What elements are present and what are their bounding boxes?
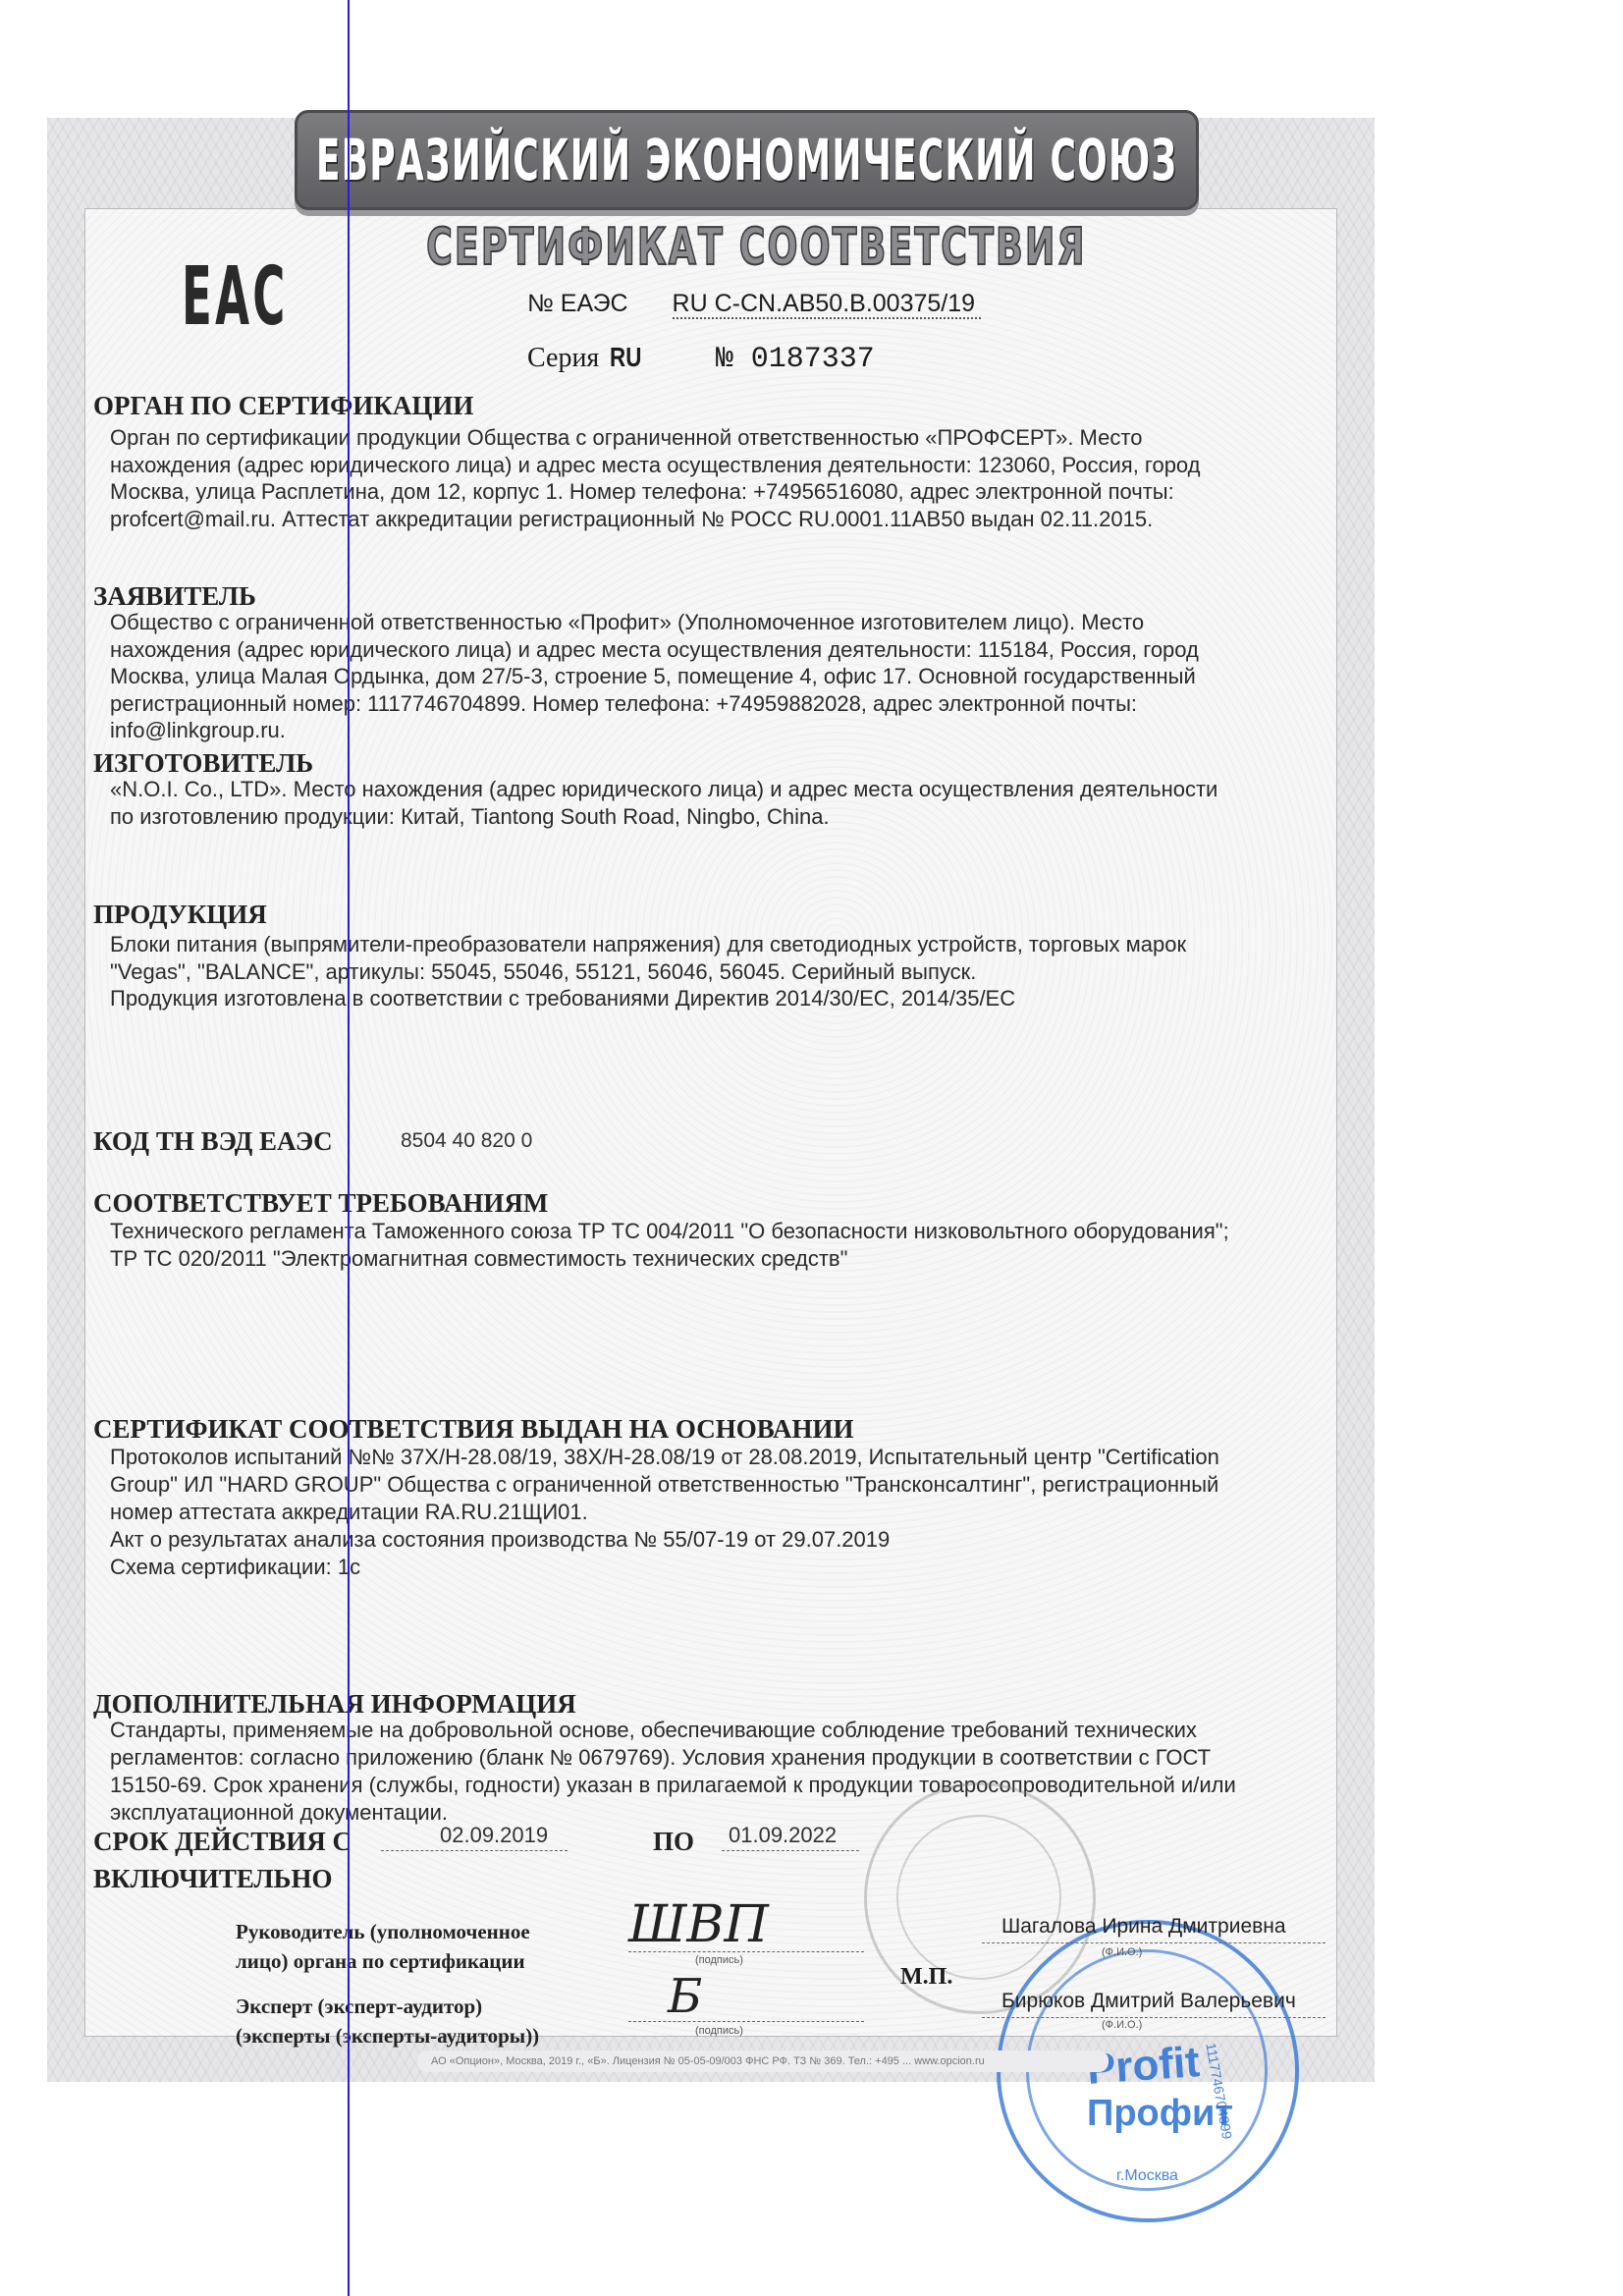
heading-applicant: ЗАЯВИТЕЛЬ (93, 581, 256, 612)
stamp-ogrn: 1117746704899 (1203, 2042, 1235, 2140)
heading-products: ПРОДУКЦИЯ (93, 900, 267, 930)
applicant-text: Общество с ограниченной ответственностью… (110, 609, 1396, 744)
heading-basis: СЕРТИФИКАТ СООТВЕТСТВИЯ ВЫДАН НА ОСНОВАН… (93, 1414, 854, 1445)
expert-name-caption: (Ф.И.О.) (1102, 2019, 1142, 2031)
certificate-number-value: RU C-CN.АВ50.В.00375/19 (673, 290, 981, 319)
validity-to-date: 01.09.2022 (729, 1823, 837, 1848)
requirements-text: Технического регламента Таможенного союз… (110, 1218, 1396, 1272)
tn-ved-code: 8504 40 820 0 (401, 1129, 532, 1153)
head-signatory-name: Шагалова Ирина Дмитриевна (1001, 1915, 1286, 1939)
seal-label: М.П. (900, 1964, 952, 1991)
expert-sign-caption: (подпись) (695, 2025, 743, 2037)
validity-to-underline (722, 1850, 859, 1851)
expert-signature: Б (668, 1969, 702, 2024)
head-name-caption: (Ф.И.О.) (1102, 1946, 1142, 1958)
stamp-brand-cyrillic: Профит (1087, 2093, 1233, 2135)
vertical-guide-line (348, 0, 350, 2296)
basis-text: Протоколов испытаний №№ 37Х/Н-28.08/19, … (110, 1444, 1396, 1581)
validity-from-date: 02.09.2019 (440, 1823, 548, 1848)
certificate-series: Серия RU № 0187337 (527, 342, 875, 376)
manufacturer-text: «N.O.I. Co., LTD». Место нахождения (адр… (110, 776, 1396, 830)
expert-signatory-label: Эксперт (эксперт-аудитор) (эксперты (экс… (236, 1992, 539, 2050)
blank-number: № 0187337 (716, 343, 875, 376)
validity-to-label: ПО (653, 1827, 694, 1857)
stamp-city: г.Москва (1116, 2167, 1178, 2185)
validity-from-label: СРОК ДЕЙСТВИЯ С (93, 1827, 352, 1857)
eaeu-banner-text: ЕВРАЗИЙСКИЙ ЭКОНОМИЧЕСКИЙ СОЮЗ (316, 127, 1177, 193)
series-value: RU (610, 342, 641, 373)
head-signatory-label: Руководитель (уполномоченное лицо) орган… (236, 1917, 530, 1976)
validity-inclusive-label: ВКЛЮЧИТЕЛЬНО (93, 1864, 333, 1894)
certificate-number: № ЕАЭС RU C-CN.АВ50.В.00375/19 (527, 290, 981, 318)
expert-name-line (982, 2017, 1325, 2018)
expert-signature-line (628, 2021, 864, 2022)
additional-info-text: Стандарты, применяемые на добровольной о… (110, 1717, 1396, 1827)
eac-mark-icon: ЕАС (182, 250, 289, 344)
eaeu-banner: ЕВРАЗИЙСКИЙ ЭКОНОМИЧЕСКИЙ СОЮЗ (295, 110, 1199, 210)
heading-requirements: СООТВЕТСТВУЕТ ТРЕБОВАНИЯМ (93, 1188, 548, 1219)
certification-body-text: Орган по сертификации продукции Общества… (110, 424, 1396, 532)
heading-additional-info: ДОПОЛНИТЕЛЬНАЯ ИНФОРМАЦИЯ (93, 1689, 576, 1720)
products-text: Блоки питания (выпрямители-преобразовате… (110, 931, 1396, 1012)
heading-manufacturer: ИЗГОТОВИТЕЛЬ (93, 748, 313, 779)
expert-signatory-name: Бирюков Дмитрий Валерьевич (1001, 1990, 1296, 2013)
validity-from-underline (381, 1850, 568, 1851)
printer-imprint: АО «Опцион», Москва, 2019 г., «Б». Лицен… (417, 2050, 1109, 2072)
head-sign-caption: (подпись) (695, 1954, 743, 1966)
head-signature: ШВП (628, 1895, 769, 1954)
heading-tn-ved: КОД ТН ВЭД ЕАЭС (93, 1126, 333, 1157)
head-name-line (982, 1942, 1325, 1943)
certificate-title: СЕРТИФИКАТ СООТВЕТСТВИЯ (422, 218, 1090, 277)
heading-certification-body: ОРГАН ПО СЕРТИФИКАЦИИ (93, 391, 473, 421)
